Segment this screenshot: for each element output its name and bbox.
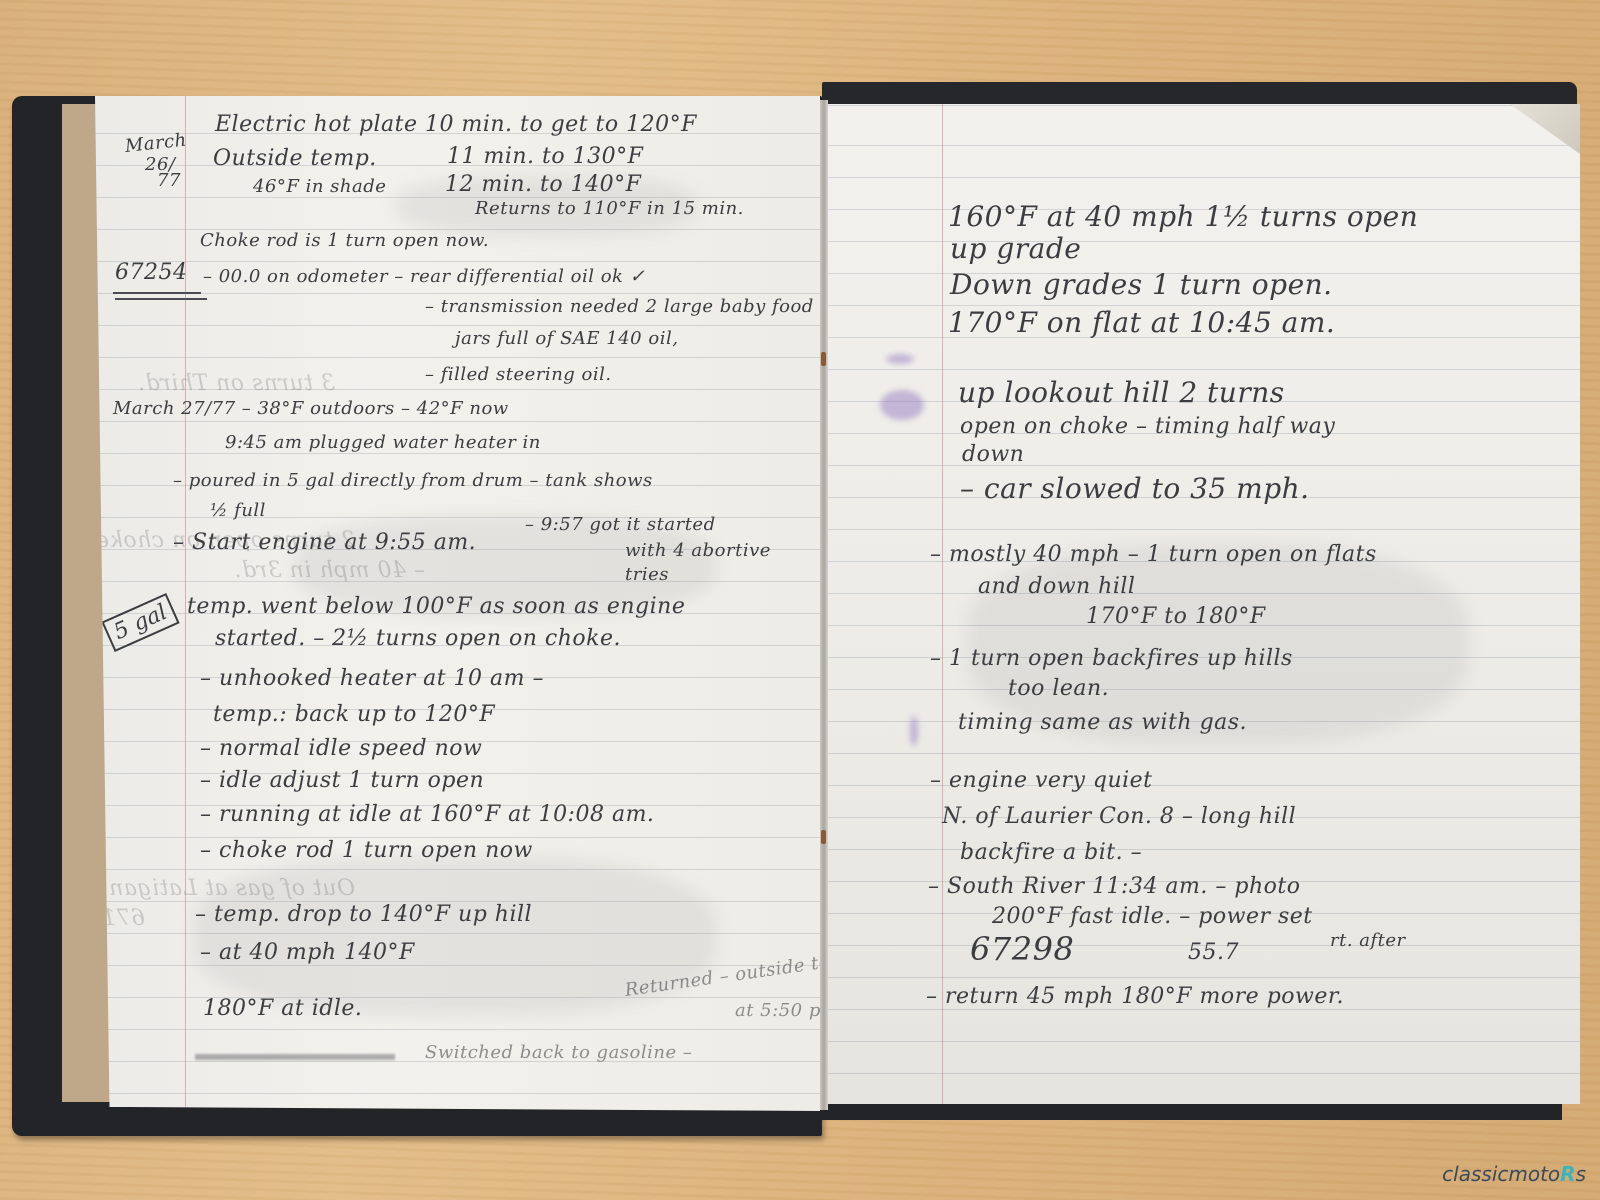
log-line: 180°F at idle. <box>203 996 362 1021</box>
ink-stain <box>886 354 914 364</box>
odometer-reading: 67254 <box>115 260 188 285</box>
log-line: – running at idle at 160°F at 10:08 am. <box>200 802 654 827</box>
log-line-faint: Switched back to gasoline – <box>425 1042 692 1063</box>
bleed-through-text: – 40 mph in 3rd. <box>234 558 425 583</box>
log-line: N. of Laurier Con. 8 – long hill <box>942 804 1296 829</box>
log-line: tries <box>625 564 669 585</box>
log-line: – engine very quiet <box>930 768 1153 793</box>
log-line: 12 min. to 140°F <box>445 172 641 197</box>
log-line: jars full of SAE 140 oil, <box>455 328 678 349</box>
log-line: temp. went below 100°F as soon as engine <box>187 594 685 619</box>
left-page: 3 turns on Third. 2 turns open on choke … <box>95 96 820 1111</box>
bleed-through-text: Out of gas at Latigan bridge <box>95 876 355 901</box>
log-line: – 00.0 on odometer – rear differential o… <box>203 266 645 287</box>
staple <box>821 352 826 366</box>
ink-stain <box>880 390 924 420</box>
log-line: 11 min. to 130°F <box>447 144 643 169</box>
log-line: and down hill <box>978 574 1135 599</box>
log-line: open on choke – timing half way <box>960 414 1335 439</box>
log-line: started. – 2½ turns open on choke. <box>215 626 621 651</box>
log-line: – return 45 mph 180°F more power. <box>926 984 1344 1009</box>
log-line: 160°F at 40 mph 1½ turns open <box>948 200 1418 233</box>
double-underline <box>113 292 201 294</box>
notebook-spine <box>820 100 828 1110</box>
log-line: Choke rod is 1 turn open now. <box>200 230 489 251</box>
log-line: 200°F fast idle. – power set <box>992 904 1313 929</box>
log-line: down <box>962 442 1024 467</box>
log-line: with 4 abortive <box>625 540 771 561</box>
margin-line <box>942 104 943 1104</box>
double-underline <box>115 298 207 300</box>
trip-distance: 55.7 <box>1188 940 1239 965</box>
log-date-line: March 27/77 – 38°F outdoors – 42°F now <box>113 398 509 419</box>
log-line: up grade <box>950 232 1081 265</box>
odometer-reading: 67298 <box>970 930 1074 968</box>
log-line: – poured in 5 gal directly from drum – t… <box>173 470 653 491</box>
bleed-through-text: 3 turns on Third. <box>138 371 335 396</box>
log-line: – at 40 mph 140°F <box>200 940 415 965</box>
log-line: – choke rod 1 turn open now <box>200 838 533 863</box>
log-line: backfire a bit. – <box>960 840 1142 865</box>
watermark-accent: R <box>1560 1162 1575 1186</box>
log-line: 170°F to 180°F <box>1086 604 1266 629</box>
log-line: – mostly 40 mph – 1 turn open on flats <box>930 542 1377 567</box>
staple <box>821 830 826 844</box>
log-line: – unhooked heater at 10 am – <box>200 666 544 691</box>
margin-line <box>185 96 186 1111</box>
log-line: – car slowed to 35 mph. <box>960 472 1310 505</box>
log-line: 170°F on flat at 10:45 am. <box>948 306 1335 339</box>
log-line: – 1 turn open backfires up hills <box>930 646 1293 671</box>
log-line: timing same as with gas. <box>958 710 1247 735</box>
log-line: 46°F in shade <box>253 176 386 197</box>
ink-stain <box>910 716 918 746</box>
log-line: Returns to 110°F in 15 min. <box>475 198 744 219</box>
margin-date-year: 77 <box>157 170 181 191</box>
watermark-text: classicmoto <box>1442 1162 1560 1186</box>
log-line: ½ full <box>210 500 266 521</box>
log-line: Outside temp. <box>213 146 377 171</box>
log-line: – temp. drop to 140°F up hill <box>195 902 532 927</box>
log-line: – filled steering oil. <box>425 364 612 385</box>
log-line: – 9:57 got it started <box>525 514 716 535</box>
watermark-text-end: s <box>1576 1162 1586 1186</box>
right-page: 160°F at 40 mph 1½ turns open up grade D… <box>828 104 1580 1104</box>
log-line: rt. after <box>1330 930 1406 951</box>
watermark-logo: classicmotoRs <box>1442 1162 1586 1186</box>
log-line: Down grades 1 turn open. <box>950 268 1333 301</box>
log-line: too lean. <box>1008 676 1109 701</box>
log-line: temp.: back up to 120°F <box>213 702 495 727</box>
log-line: up lookout hill 2 turns <box>958 376 1285 409</box>
log-line: – idle adjust 1 turn open <box>200 768 484 793</box>
log-line: 9:45 am plugged water heater in <box>225 432 541 453</box>
log-line: – Start engine at 9:55 am. <box>173 530 476 555</box>
log-line: – transmission needed 2 large baby food <box>425 296 814 317</box>
scribbled-out-text <box>195 1054 395 1060</box>
log-line: Electric hot plate 10 min. to get to 120… <box>215 112 697 137</box>
log-line-faint: at 5:50 pm. <box>735 1000 820 1021</box>
log-line: – normal idle speed now <box>200 736 482 761</box>
log-line: – South River 11:34 am. – photo <box>928 874 1300 899</box>
